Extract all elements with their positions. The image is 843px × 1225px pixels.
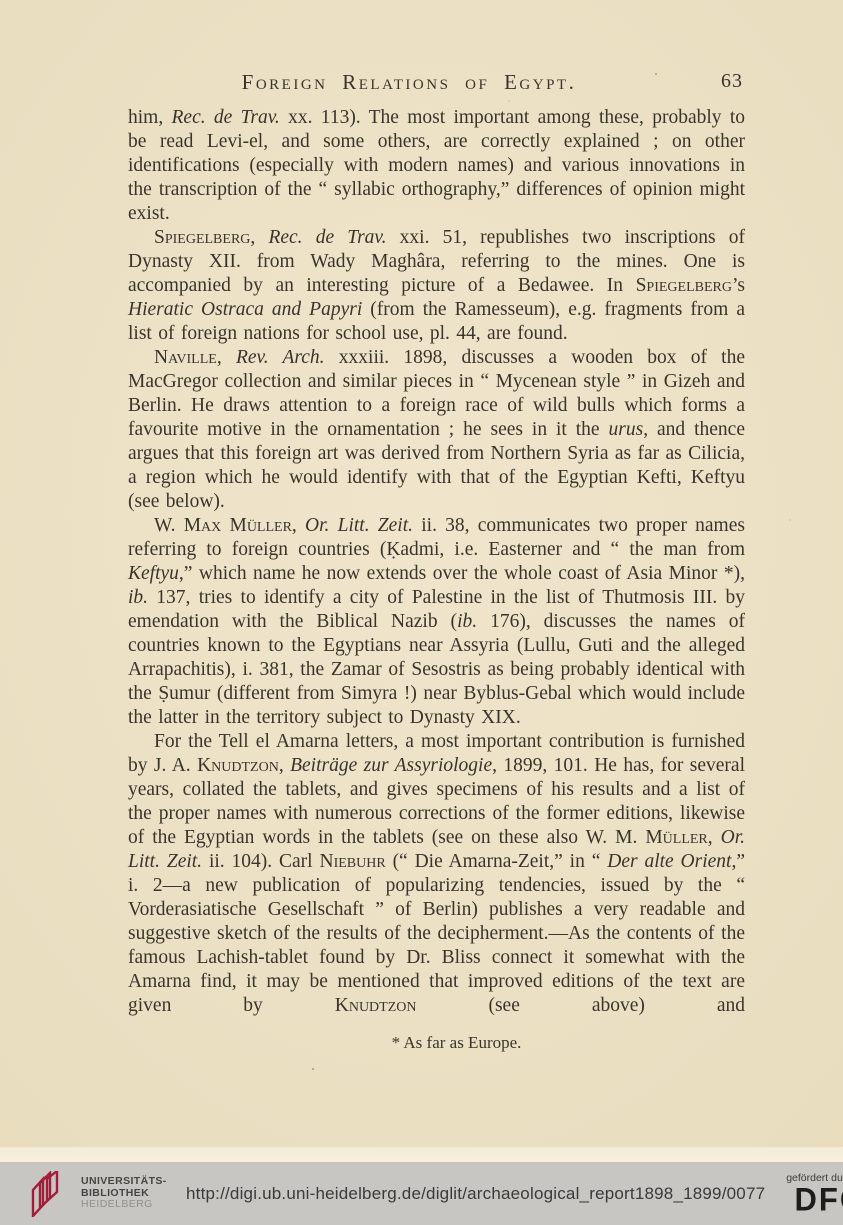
text-block: him, Rec. de Trav. xx. 113). The most im… [128, 106, 745, 1018]
italic-text: Beiträge zur Assyriologie [290, 755, 492, 776]
italic-text: urus [609, 419, 644, 440]
smallcaps-name: Max Müller [184, 515, 292, 536]
funding-block: gefördert durch die DFG [765, 1172, 843, 1215]
italic-text: Rev. Arch. [236, 347, 325, 368]
library-name-line3: HEIDELBERG [81, 1199, 167, 1211]
smallcaps-name: Spiegelberg [636, 275, 732, 296]
body-text: , [708, 827, 721, 848]
source-url: http://digi.ub.uni-heidelberg.de/diglit/… [186, 1184, 765, 1204]
italic-text: Keftyu [128, 563, 179, 584]
body-text: ’s [732, 275, 745, 296]
smallcaps-name: Knudtzon [197, 755, 279, 776]
library-name: UNIVERSITÄTS- BIBLIOTHEK HEIDELBERG [81, 1176, 167, 1211]
smallcaps-name: Niebuhr [319, 851, 385, 872]
body-text: ii. 104). Carl [202, 851, 319, 872]
smallcaps-name: Müller [645, 827, 707, 848]
body-text: (see above) and [417, 995, 746, 1016]
paragraph: him, Rec. de Trav. xx. 113). The most im… [128, 106, 745, 226]
body-text: ,” i. 2—a new publication of popularizin… [128, 851, 745, 1016]
italic-text: Der alte Orient [607, 851, 731, 872]
page-number: 63 [721, 70, 743, 93]
body-text: ,” which name he now extends over the wh… [179, 563, 745, 584]
italic-text: Rec. de Trav. [172, 107, 280, 128]
paragraph: For the Tell el Amarna letters, a most i… [128, 730, 745, 1018]
paragraph: Naville, Rev. Arch. xxxiii. 1898, discus… [128, 346, 745, 514]
page-body: him, Rec. de Trav. xx. 113). The most im… [128, 106, 745, 1054]
running-title: Foreign Relations of Egypt. [128, 70, 690, 95]
digitization-bar: UNIVERSITÄTS- BIBLIOTHEK HEIDELBERG http… [0, 1162, 843, 1225]
smallcaps-name: Knudtzon [335, 995, 417, 1016]
university-library-logo: UNIVERSITÄTS- BIBLIOTHEK HEIDELBERG [26, 1171, 186, 1217]
page-bottom-edge [0, 1147, 843, 1162]
smallcaps-name: Spiegelberg [154, 227, 250, 248]
italic-text: Or. Litt. Zeit. [305, 515, 413, 536]
smallcaps-name: Naville [154, 347, 217, 368]
dfg-logo: DFG [765, 1184, 843, 1216]
footnote: * As far as Europe. [128, 1032, 745, 1054]
italic-text: Hieratic Ostraca and Papyri [128, 299, 362, 320]
paragraph: W. Max Müller, Or. Litt. Zeit. ii. 38, c… [128, 514, 745, 730]
body-text: him, [128, 107, 172, 128]
body-text: W. [154, 515, 184, 536]
page-header: Foreign Relations of Egypt. 63 [128, 70, 745, 96]
body-text: (“ Die Amarna-Zeit,” in “ [386, 851, 608, 872]
body-text: , [279, 755, 290, 776]
italic-text: ib. [128, 587, 148, 608]
body-text: , [292, 515, 305, 536]
scanned-page: Foreign Relations of Egypt. 63 him, Rec.… [0, 0, 843, 1225]
paragraph: Spiegelberg, Rec. de Trav. xxi. 51, repu… [128, 226, 745, 346]
italic-text: ib. [457, 611, 477, 632]
italic-text: Rec. de Trav. [268, 227, 386, 248]
body-text: , [217, 347, 236, 368]
stacked-books-icon [26, 1171, 72, 1217]
body-text: , [250, 227, 268, 248]
